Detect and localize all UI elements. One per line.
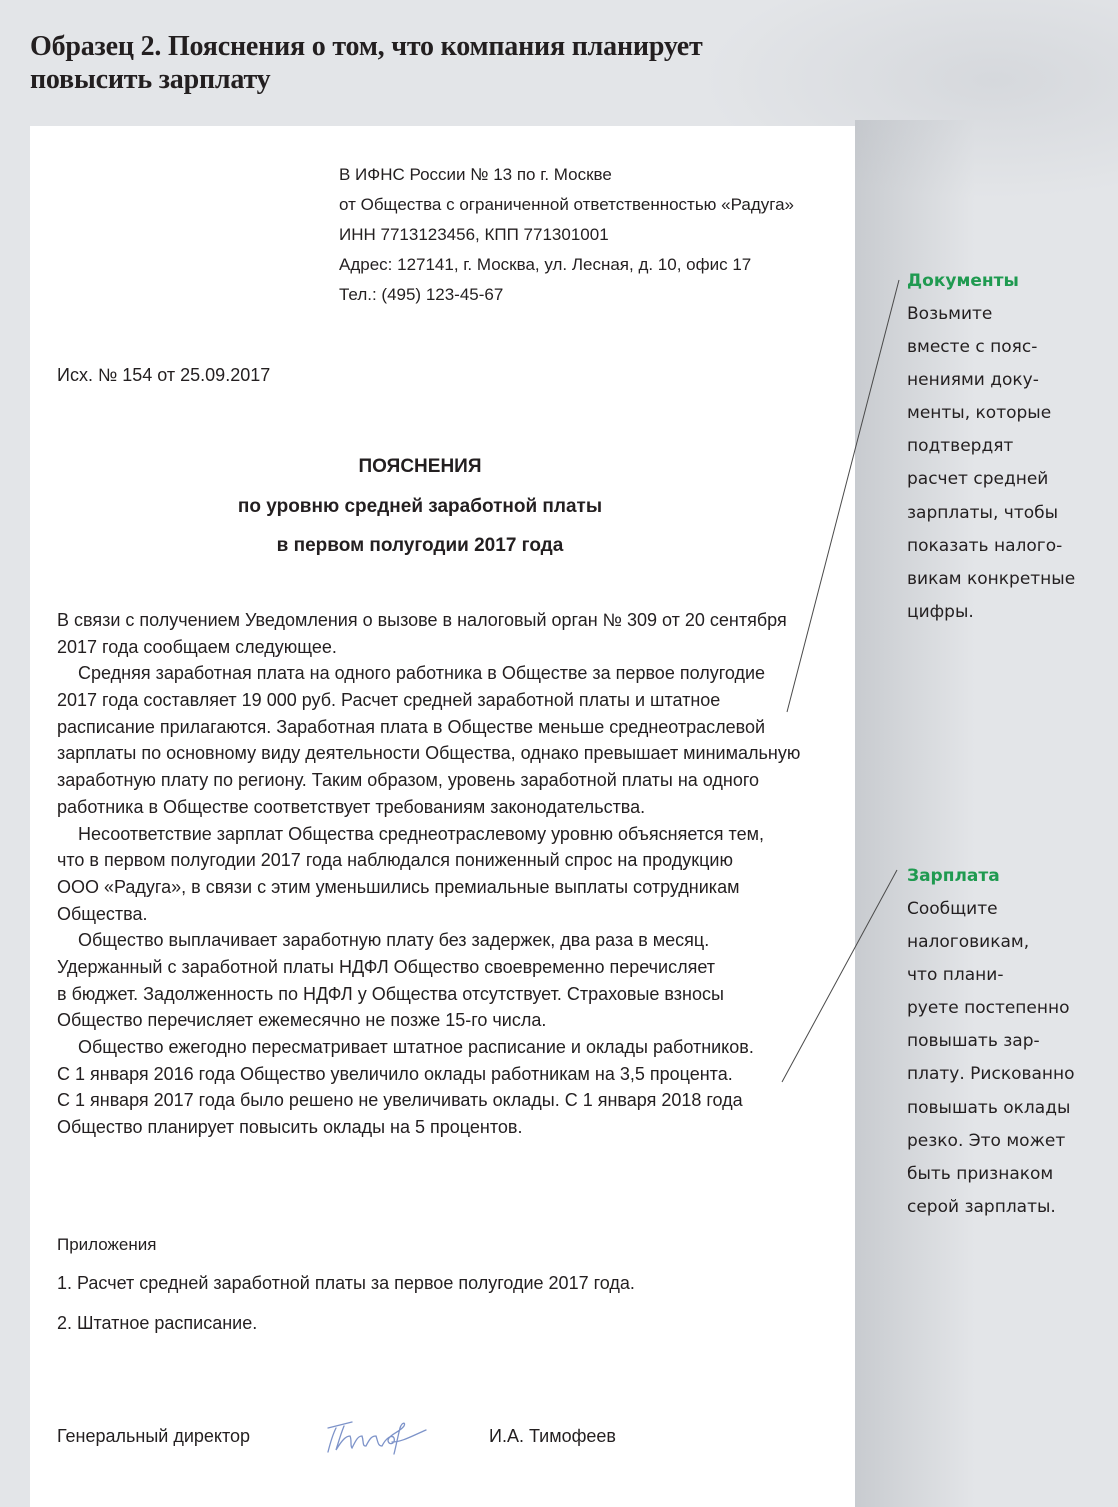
- note-line: руете постепенно: [907, 995, 1107, 1028]
- body-line: расписание прилагаются. Заработная плата…: [57, 714, 842, 741]
- page-heading-line-1: Образец 2. Пояснения о том, что компания…: [30, 31, 703, 62]
- body-line: зарплаты по основному виду деятельности …: [57, 740, 842, 767]
- attachments-heading: Приложения: [57, 1232, 757, 1270]
- note-line: что плани-: [907, 962, 1107, 995]
- recipient-line: Адрес: 127141, г. Москва, ул. Лесная, д.…: [339, 252, 839, 282]
- document-title: ПОЯСНЕНИЯ: [110, 454, 730, 494]
- side-note-salary: Зарплата Сообщитеналоговикам,что плани-р…: [907, 863, 1107, 1227]
- note-line: цифры.: [907, 599, 1107, 632]
- body-line: ООО «Радуга», в связи с этим уменьшились…: [57, 874, 842, 901]
- recipient-line: Тел.: (495) 123-45-67: [339, 282, 839, 312]
- body-line: заработную плату по региону. Таким образ…: [57, 767, 842, 794]
- signature-row: Генеральный директор И.А. Тимофеев: [57, 1426, 757, 1456]
- body-line: что в первом полугодии 2017 года наблюда…: [57, 847, 842, 874]
- note-line: зарплаты, чтобы: [907, 500, 1107, 533]
- attachments-block: Приложения 1. Расчет средней заработной …: [57, 1232, 757, 1350]
- document-body: В связи с получением Уведомления о вызов…: [57, 607, 842, 1141]
- document-title-block: ПОЯСНЕНИЯ по уровню средней заработной п…: [110, 454, 730, 572]
- note-line: повышать зар-: [907, 1028, 1107, 1061]
- note-line: резко. Это может: [907, 1128, 1107, 1161]
- note-line: вместе с пояс-: [907, 334, 1107, 367]
- body-line: Общество перечисляет ежемесячно не позже…: [57, 1007, 842, 1034]
- recipient-line: от Общества с ограниченной ответственнос…: [339, 192, 839, 222]
- document-sheet: В ИФНС России № 13 по г. Москве от Общес…: [30, 126, 855, 1507]
- body-line: 2017 года составляет 19 000 руб. Расчет …: [57, 687, 842, 714]
- note-line: повышать оклады: [907, 1095, 1107, 1128]
- note-line: показать налого-: [907, 533, 1107, 566]
- note-line: Сообщите: [907, 896, 1107, 929]
- recipient-block: В ИФНС России № 13 по г. Москве от Общес…: [339, 162, 839, 312]
- note-line: расчет средней: [907, 466, 1107, 499]
- note-line: серой зарплаты.: [907, 1194, 1107, 1227]
- note-line: быть признаком: [907, 1161, 1107, 1194]
- note-line: плату. Рискованно: [907, 1061, 1107, 1094]
- body-line: Средняя заработная плата на одного работ…: [57, 660, 842, 687]
- body-line: Удержанный с заработной платы НДФЛ Общес…: [57, 954, 842, 981]
- note-line: Возьмите: [907, 301, 1107, 334]
- side-note-documents: Документы Возьмитевместе с пояс-нениями …: [907, 268, 1107, 632]
- page-heading: Образец 2. Пояснения о том, что компания…: [30, 30, 930, 96]
- attachment-item: 2. Штатное расписание.: [57, 1310, 757, 1350]
- recipient-line: ИНН 7713123456, КПП 771301001: [339, 222, 839, 252]
- recipient-line: В ИФНС России № 13 по г. Москве: [339, 162, 839, 192]
- page-heading-line-2: повысить зарплату: [30, 64, 270, 95]
- body-line: С 1 января 2017 года было решено не увел…: [57, 1087, 842, 1114]
- body-line: работника в Обществе соответствует требо…: [57, 794, 842, 821]
- signer-position: Генеральный директор: [57, 1426, 250, 1447]
- note-line: подтвердят: [907, 433, 1107, 466]
- note-line: викам конкретные: [907, 566, 1107, 599]
- outgoing-reference: Исх. № 154 от 25.09.2017: [57, 365, 270, 386]
- body-line: Общество ежегодно пересматривает штатное…: [57, 1034, 842, 1061]
- signature-mark-icon: [322, 1414, 442, 1458]
- note-line: налоговикам,: [907, 929, 1107, 962]
- note-line: менты, которые: [907, 400, 1107, 433]
- body-line: 2017 года сообщаем следующее.: [57, 634, 842, 661]
- body-line: Несоответствие зарплат Общества среднеот…: [57, 821, 842, 848]
- note-title: Документы: [907, 268, 1107, 301]
- attachment-item: 1. Расчет средней заработной платы за пе…: [57, 1270, 757, 1310]
- body-line: С 1 января 2016 года Общество увеличило …: [57, 1061, 842, 1088]
- document-subtitle-line-2: в первом полугодии 2017 года: [110, 533, 730, 572]
- body-line: Общество планирует повысить оклады на 5 …: [57, 1114, 842, 1141]
- body-line: В связи с получением Уведомления о вызов…: [57, 607, 842, 634]
- note-line: нениями доку-: [907, 367, 1107, 400]
- body-line: Общества.: [57, 901, 842, 928]
- body-line: Общество выплачивает заработную плату бе…: [57, 927, 842, 954]
- body-line: в бюджет. Задолженность по НДФЛ у Общест…: [57, 981, 842, 1008]
- note-title: Зарплата: [907, 863, 1107, 896]
- document-subtitle-line-1: по уровню средней заработной платы: [110, 494, 730, 533]
- signer-name: И.А. Тимофеев: [489, 1426, 616, 1447]
